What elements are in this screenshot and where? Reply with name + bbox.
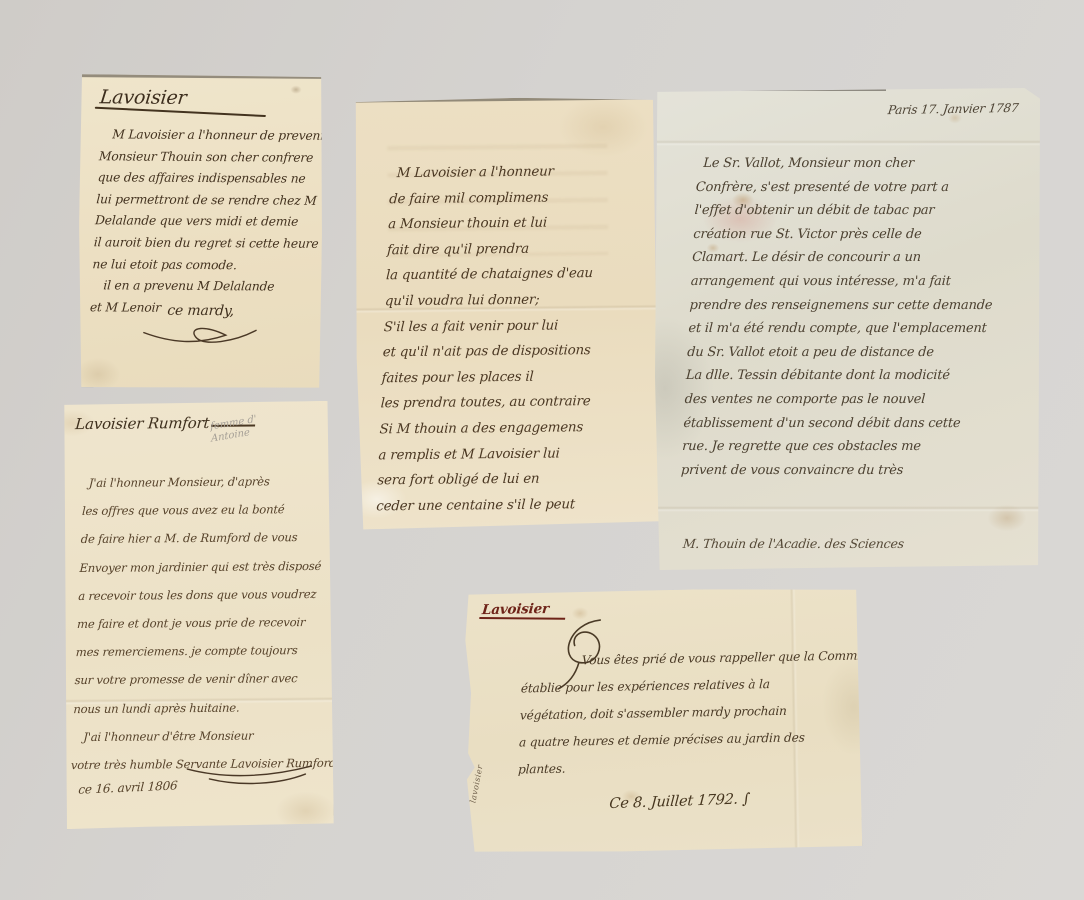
letter-body: J'ai l'honneur Monsieur, d'aprèsles offr… [70, 467, 349, 780]
mount-edge [80, 74, 323, 79]
handwritten-line: Le Sr. Vallot, Monsieur mon cher [696, 152, 1000, 176]
handwritten-line: Monsieur Thouin son cher confrere [98, 146, 329, 169]
manuscript-letter-vallot: Paris 17. Janvier 1787 Le Sr. Vallot, Mo… [655, 88, 1040, 570]
handwritten-line: S'il les a fait venir pour lui [383, 313, 594, 341]
photograph-of-manuscripts: Lavoisier M Lavoisier a l'honneur de pre… [0, 0, 1084, 900]
handwritten-line: que des affaires indispensables ne [97, 167, 328, 190]
handwritten-line: les offres que vous avez eu la bonté [81, 495, 348, 526]
handwritten-line: La dlle. Tessin débitante dont la modici… [685, 364, 989, 388]
handwritten-line: sur votre promesse de venir dîner avec [74, 664, 341, 695]
handwritten-line: faites pour les places il [381, 364, 592, 392]
address-line: M. Thouin de l'Acadie. des Sciences [682, 536, 905, 551]
handwritten-line: établissement d'un second débit dans cet… [683, 412, 987, 436]
handwritten-line: M Lavoisier a l'honneur [390, 159, 601, 187]
handwritten-line: de faire hier a M. de Rumford de vous [80, 523, 347, 554]
handwritten-line: a Monsieur thouin et lui [388, 210, 599, 238]
handwritten-line: Si M thouin a des engagemens [379, 415, 590, 443]
handwritten-line: qu'il voudra lui donner; [384, 287, 595, 315]
handwritten-line: fait dire qu'il prendra [387, 236, 598, 264]
handwritten-line: et qu'il n'ait pas de dispositions [382, 338, 593, 366]
handwritten-line: arrangement qui vous intéresse, m'a fait [690, 270, 994, 294]
handwritten-line: les prendra toutes, au contraire [380, 389, 591, 417]
collector-heading: Lavoisier [99, 86, 188, 109]
handwritten-line: Envoyer mon jardinier qui est très dispo… [79, 551, 346, 582]
collector-heading: Lavoisier Rumfort [75, 414, 210, 433]
letter-body: Vous êtes prié de vous rappeller que la … [518, 642, 892, 784]
handwritten-line: mes remerciemens. je compte toujours [75, 636, 342, 667]
handwritten-line: ceder une centaine s'il le peut [376, 492, 587, 520]
letter-body: M Lavoisier a l'honneurde faire mil comp… [376, 159, 601, 520]
handwritten-line: M Lavoisier a l'honneur de prevenir [100, 124, 331, 147]
handwritten-line: sera fort obligé de lui en [377, 466, 588, 494]
mount-edge [353, 96, 655, 102]
handwritten-line: a recevoir tous les dons que vous voudre… [78, 580, 345, 611]
handwritten-line: privent de vous convaincre du très [680, 459, 984, 483]
handwritten-line: ne lui etoit pas comode. [92, 254, 323, 277]
signature-flourish [139, 321, 261, 348]
manuscript-letter-rumford: Lavoisier Rumfort femme d'Antoine J'ai l… [62, 401, 334, 829]
dateline: Paris 17. Janvier 1787 [887, 101, 1019, 117]
handwritten-line: rue. Je regrette que ces obstacles me [682, 435, 986, 459]
handwritten-line: prendre des renseignemens sur cette dema… [689, 294, 993, 318]
handwritten-line: Clamart. Le désir de concourir a un [691, 246, 995, 270]
handwritten-line: il en a prevenu M Delalande [91, 275, 322, 298]
fold-crease [655, 140, 1040, 146]
mount-edge [655, 88, 886, 91]
handwritten-line: lui permettront de se rendre chez M [96, 189, 327, 212]
handwritten-line: il auroit bien du regret si cette heure [93, 232, 324, 255]
handwritten-line: de faire mil complimens [389, 185, 600, 213]
handwritten-line: a remplis et M Lavoisier lui [378, 441, 589, 469]
date-line: ce 16. avril 1806 [78, 778, 178, 796]
letter-body: M Lavoisier a l'honneur de prevenirMonsi… [89, 124, 330, 320]
signature-block: ce mardy, [77, 302, 323, 348]
letter-body: Le Sr. Vallot, Monsieur mon cherConfrère… [680, 152, 1000, 482]
handwritten-line: création rue St. Victor près celle de [693, 223, 997, 247]
handwritten-line: J'ai l'honneur d'être Monsieur [72, 721, 339, 752]
handwritten-line: J'ai l'honneur Monsieur, d'après [83, 467, 350, 498]
signature-flourish [179, 763, 319, 788]
manuscript-note-chataignes: M Lavoisier a l'honneurde faire mil comp… [353, 96, 659, 529]
handwritten-line: Confrère, s'est presenté de votre part a [695, 176, 999, 200]
fold-crease [655, 506, 1040, 512]
date-line: Ce 8. Juillet 1792. ∫ [609, 791, 751, 812]
pencil-annotation: femme d'Antoine [210, 414, 258, 446]
handwritten-line: du Sr. Vallot etoit a peu de distance de [687, 341, 991, 365]
collector-heading: Lavoisier [481, 601, 549, 618]
manuscript-convocation-commission: Lavoisier Vous êtes prié de vous rappell… [460, 587, 863, 856]
handwritten-line: l'effet d'obtenir un débit de tabac par [694, 199, 998, 223]
manuscript-note-delalande: Lavoisier M Lavoisier a l'honneur de pre… [78, 74, 323, 389]
handwritten-line: et il m'a été rendu compte, que l'emplac… [688, 317, 992, 341]
signature-text: ce mardy, [167, 303, 235, 319]
handwritten-line: nous un lundi après huitaine. [73, 692, 340, 723]
handwritten-line: Delalande que vers midi et demie [94, 211, 325, 234]
handwritten-line: des ventes ne comporte pas le nouvel [684, 388, 988, 412]
handwritten-line: la quantité de chataignes d'eau [385, 261, 596, 289]
handwritten-line: me faire et dont je vous prie de recevoi… [76, 608, 343, 639]
margin-side-note: lavoisier [468, 764, 484, 804]
